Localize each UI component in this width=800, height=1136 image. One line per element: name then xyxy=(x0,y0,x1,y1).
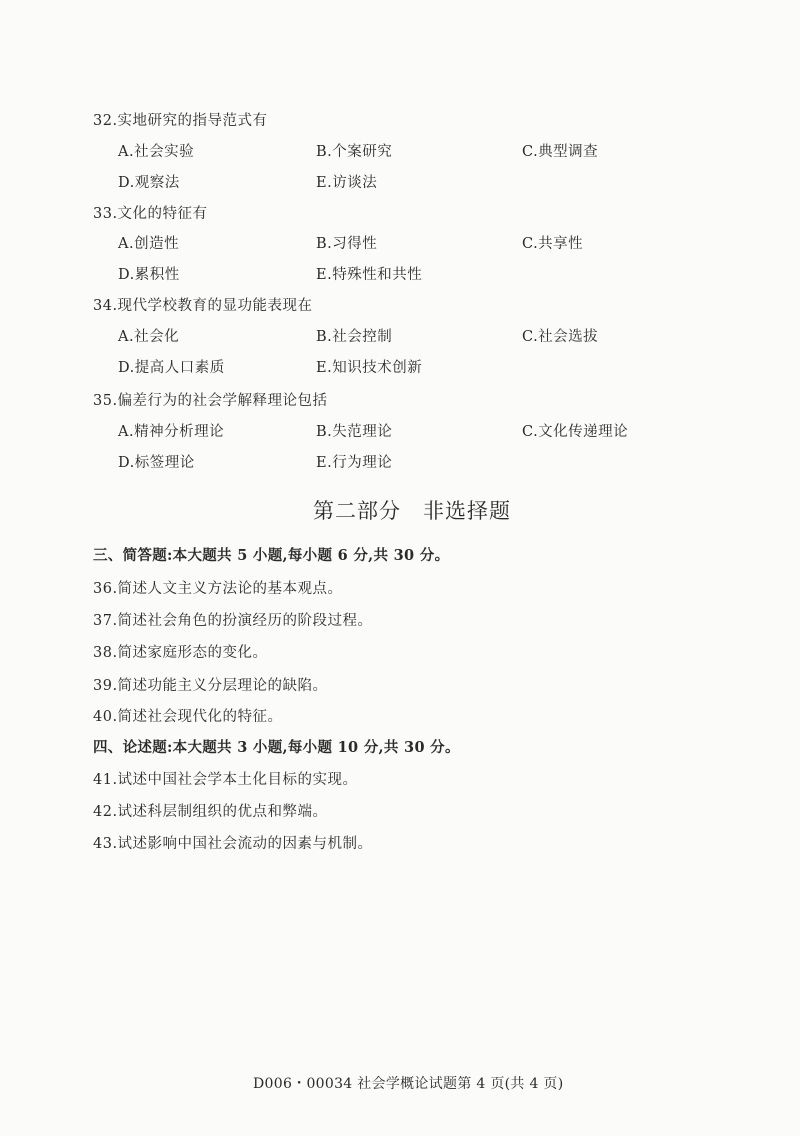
question-41: 41.试述中国社会学本土化目标的实现。 xyxy=(93,771,358,789)
question-36: 36.简述人文主义方法论的基本观点。 xyxy=(93,580,343,598)
section-title: 第二部分非选择题 xyxy=(0,498,800,524)
question-32-option-b: B.个案研究 xyxy=(316,143,392,161)
question-32-option-a: A.社会实验 xyxy=(118,143,194,161)
question-42: 42.试述科层制组织的优点和弊端。 xyxy=(93,803,328,821)
question-34-option-a: A.社会化 xyxy=(118,328,179,346)
question-32-option-d: D.观察法 xyxy=(118,174,180,192)
question-35-title: 35.偏差行为的社会学解释理论包括 xyxy=(93,392,328,410)
question-34-option-e: E.知识技术创新 xyxy=(316,359,422,377)
question-35-option-b: B.失范理论 xyxy=(316,423,392,441)
short-answer-header: 三、简答题:本大题共 5 小题,每小题 6 分,共 30 分。 xyxy=(93,547,449,565)
question-34-title: 34.现代学校教育的显功能表现在 xyxy=(93,297,313,315)
question-35-option-d: D.标签理论 xyxy=(118,454,195,472)
question-32-option-c: C.典型调查 xyxy=(522,143,598,161)
question-33-option-a: A.创造性 xyxy=(118,235,179,253)
question-33-title: 33.文化的特征有 xyxy=(93,205,208,223)
question-33-option-e: E.特殊性和共性 xyxy=(316,266,422,284)
question-35-option-c: C.文化传递理论 xyxy=(522,423,628,441)
question-34-option-b: B.社会控制 xyxy=(316,328,392,346)
question-37: 37.简述社会角色的扮演经历的阶段过程。 xyxy=(93,612,373,630)
section-name: 非选择题 xyxy=(423,499,511,523)
question-33-option-c: C.共享性 xyxy=(522,235,583,253)
question-33-option-b: B.习得性 xyxy=(316,235,377,253)
page-footer: D006・00034 社会学概论试题第 4 页(共 4 页) xyxy=(253,1075,563,1093)
question-34-option-d: D.提高人口素质 xyxy=(118,359,225,377)
question-32-option-e: E.访谈法 xyxy=(316,174,377,192)
essay-header: 四、论述题:本大题共 3 小题,每小题 10 分,共 30 分。 xyxy=(93,739,460,757)
question-38: 38.简述家庭形态的变化。 xyxy=(93,644,268,662)
question-35-option-a: A.精神分析理论 xyxy=(118,423,224,441)
question-34-option-c: C.社会选拔 xyxy=(522,328,598,346)
question-40: 40.简述社会现代化的特征。 xyxy=(93,708,283,726)
question-39: 39.简述功能主义分层理论的缺陷。 xyxy=(93,677,328,695)
section-part: 第二部分 xyxy=(313,499,401,523)
question-32-title: 32.实地研究的指导范式有 xyxy=(93,112,268,130)
question-43: 43.试述影响中国社会流动的因素与机制。 xyxy=(93,835,373,853)
question-33-option-d: D.累积性 xyxy=(118,266,180,284)
question-35-option-e: E.行为理论 xyxy=(316,454,392,472)
